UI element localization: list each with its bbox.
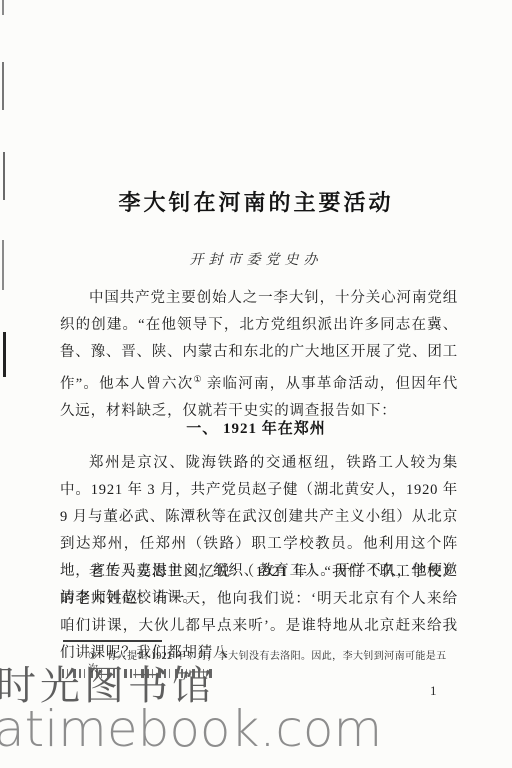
scanned-book-page: 李大钊在河南的主要活动 开封市委党史办 中国共产党主要创始人之一李大钊，十分关心…: [0, 0, 512, 768]
scan-edge-mark: [2, 0, 4, 15]
page-number: 1: [430, 683, 437, 699]
scan-edge-mark: [2, 62, 4, 110]
author-byline: 开封市委党史办: [0, 249, 512, 269]
website-watermark: atimebook.com: [0, 700, 382, 758]
page-title: 李大钊在河南的主要活动: [0, 186, 512, 217]
footnote-reference-marker: ①: [193, 374, 202, 384]
intro-paragraph: 中国共产党主要创始人之一李大钊，十分关心河南党组织的创建。“在他领导下，北方党组…: [60, 285, 458, 425]
scan-edge-mark: [3, 332, 6, 377]
footnote-separator-rule: [63, 640, 162, 642]
section-heading: 一、 1921 年在郑州: [0, 417, 512, 438]
